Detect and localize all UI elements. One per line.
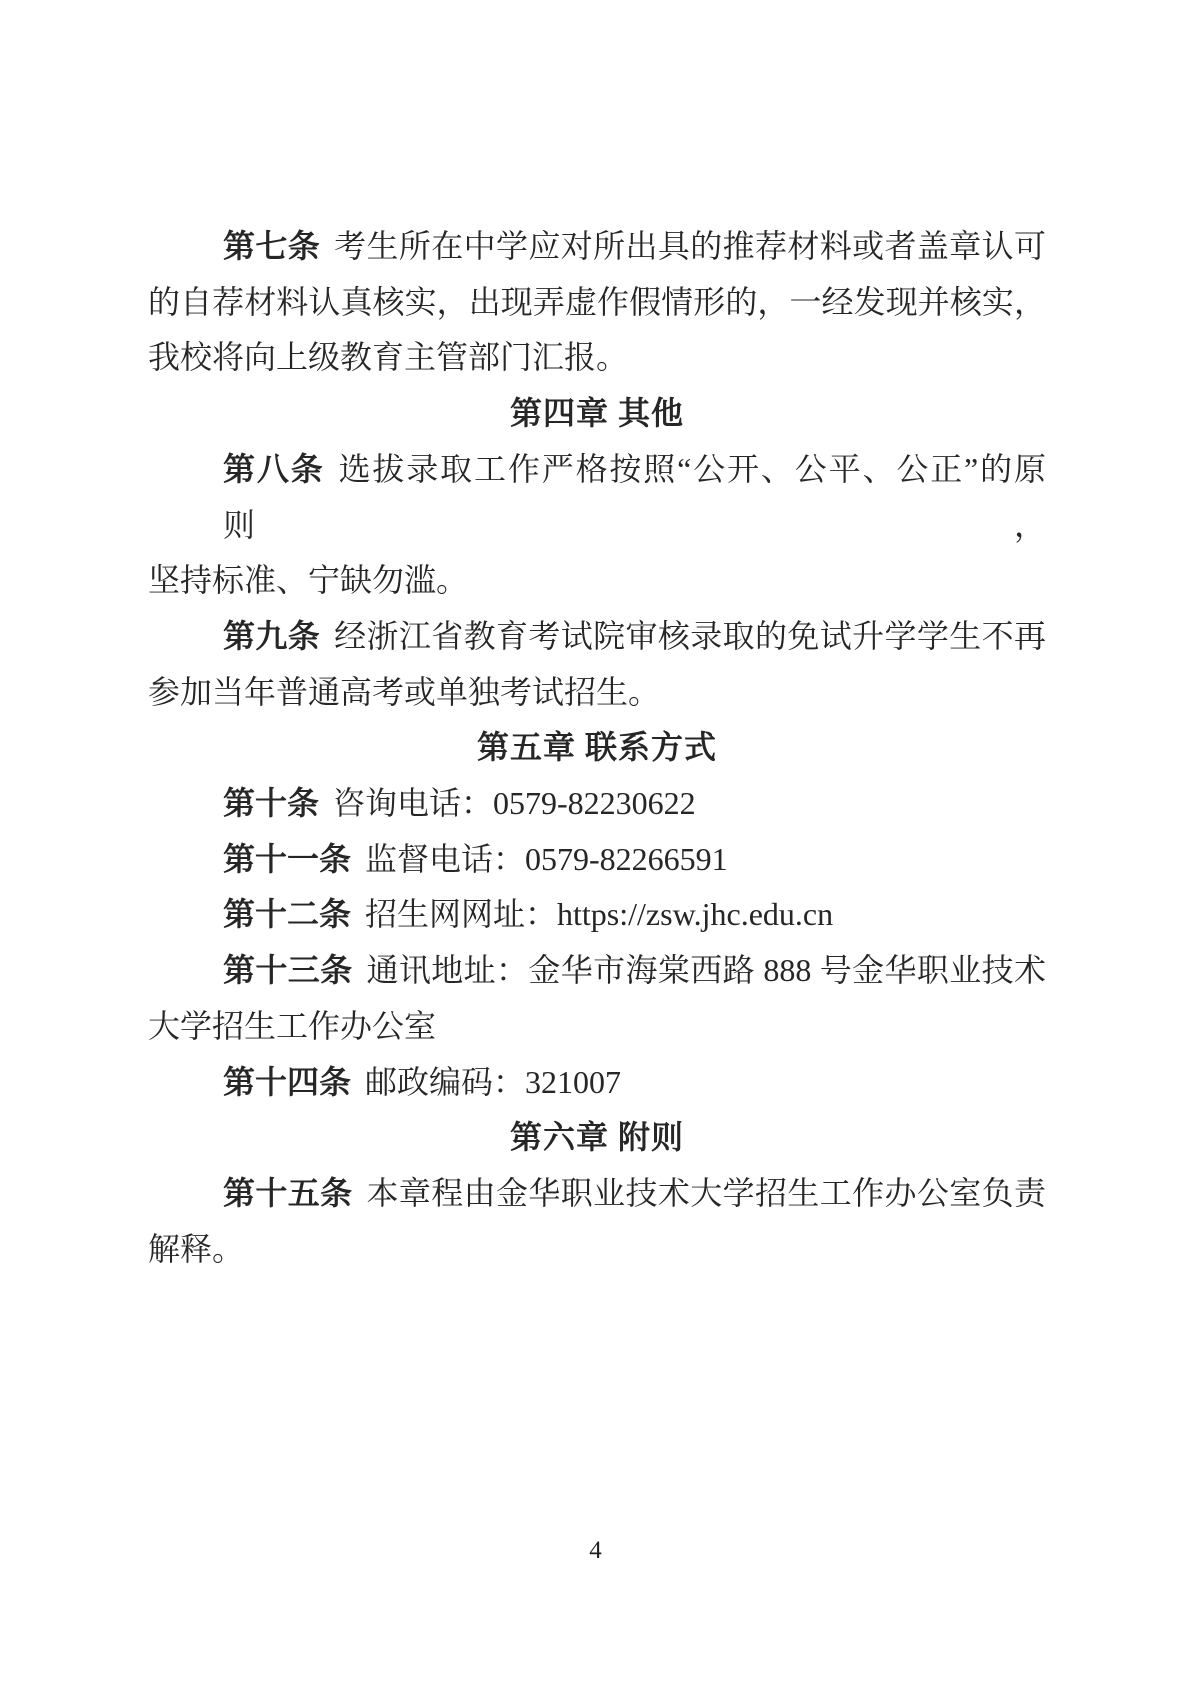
article-13-line-1: 第十三条通讯地址：金华市海棠西路 888 号金华职业技术 <box>148 943 1046 999</box>
article-13-line-2: 大学招生工作办公室 <box>148 999 1046 1055</box>
article-15-label: 第十五条 <box>223 1175 353 1211</box>
article-8-line-1: 第八条选拔录取工作严格按照“公开、公平、公正”的原则， <box>148 442 1046 553</box>
chapter-5-heading-text: 第五章 联系方式 <box>477 729 717 765</box>
article-15-line-1: 第十五条本章程由金华职业技术大学招生工作办公室负责 <box>148 1166 1046 1222</box>
document-body: 第七条考生所在中学应对所出具的推荐材料或者盖章认可 的自荐材料认真核实，出现弄虚… <box>148 219 1046 1277</box>
article-8-text: 选拔录取工作严格按照“公开、公平、公正”的原则， <box>223 451 1046 543</box>
article-7-text: 考生所在中学应对所出具的推荐材料或者盖章认可 <box>334 228 1046 264</box>
chapter-4-heading-text: 第四章 其他 <box>510 395 684 431</box>
chapter-6-heading: 第六章 附则 <box>148 1110 1046 1166</box>
article-13-label: 第十三条 <box>223 952 353 988</box>
article-9-label: 第九条 <box>223 618 320 654</box>
article-12-text: 招生网网址：https://zsw.jhc.edu.cn <box>365 896 833 932</box>
article-7-line-3: 我校将向上级教育主管部门汇报。 <box>148 330 1046 386</box>
article-8-label: 第八条 <box>223 451 325 487</box>
article-14-line: 第十四条邮政编码：321007 <box>148 1055 1046 1111</box>
article-7-label: 第七条 <box>223 228 320 264</box>
article-11-text: 监督电话：0579-82266591 <box>365 841 728 877</box>
article-12-label: 第十二条 <box>223 896 351 932</box>
article-14-text: 邮政编码：321007 <box>365 1064 621 1100</box>
article-9-line-2: 参加当年普通高考或单独考试招生。 <box>148 665 1046 721</box>
article-9-line-1: 第九条经浙江省教育考试院审核录取的免试升学学生不再 <box>148 609 1046 665</box>
article-8-text-end: 坚持标准、宁缺勿滥。 <box>148 562 468 598</box>
chapter-6-heading-text: 第六章 附则 <box>510 1119 684 1155</box>
article-8-line-2: 坚持标准、宁缺勿滥。 <box>148 553 1046 609</box>
chapter-5-heading: 第五章 联系方式 <box>148 720 1046 776</box>
article-7-line-2: 的自荐材料认真核实，出现弄虚作假情形的，一经发现并核实， <box>148 275 1046 331</box>
article-7-text-end: 我校将向上级教育主管部门汇报。 <box>148 339 628 375</box>
article-9-text: 经浙江省教育考试院审核录取的免试升学学生不再 <box>334 618 1046 654</box>
article-12-line: 第十二条招生网网址：https://zsw.jhc.edu.cn <box>148 887 1046 943</box>
article-10-text: 咨询电话：0579-82230622 <box>333 785 696 821</box>
article-13-text-end: 大学招生工作办公室 <box>148 1008 436 1044</box>
article-11-line: 第十一条监督电话：0579-82266591 <box>148 832 1046 888</box>
article-14-label: 第十四条 <box>223 1064 351 1100</box>
article-15-text-end: 解释。 <box>148 1231 244 1267</box>
chapter-4-heading: 第四章 其他 <box>148 386 1046 442</box>
document-page: 第七条考生所在中学应对所出具的推荐材料或者盖章认可 的自荐材料认真核实，出现弄虚… <box>0 0 1191 1684</box>
article-10-label: 第十条 <box>223 785 319 821</box>
article-15-line-2: 解释。 <box>148 1222 1046 1278</box>
article-7-text-cont: 的自荐材料认真核实，出现弄虚作假情形的，一经发现并核实， <box>148 284 1046 320</box>
article-11-label: 第十一条 <box>223 841 351 877</box>
article-15-text: 本章程由金华职业技术大学招生工作办公室负责 <box>367 1175 1046 1211</box>
article-9-text-end: 参加当年普通高考或单独考试招生。 <box>148 674 660 710</box>
page-number: 4 <box>0 1536 1191 1566</box>
article-13-text: 通讯地址：金华市海棠西路 888 号金华职业技术 <box>367 952 1046 988</box>
article-7-line-1: 第七条考生所在中学应对所出具的推荐材料或者盖章认可 <box>148 219 1046 275</box>
article-10-line: 第十条咨询电话：0579-82230622 <box>148 776 1046 832</box>
